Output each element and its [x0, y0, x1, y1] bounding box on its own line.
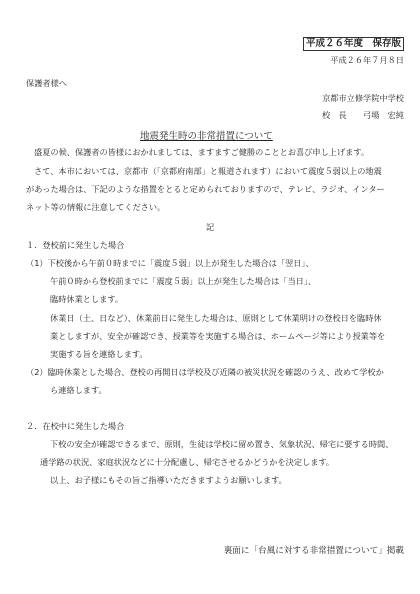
section1-item1-line5: 業としますが、安全が確認でき、授業等を実施する場合は、ホームページ等により授業等… [50, 331, 385, 342]
document-title: 地震発生時の非常措置について [140, 128, 273, 142]
edition-badge: 平成２６年度 保存版 [303, 37, 404, 51]
section1-item1-line3: 臨時休業とします。 [50, 294, 123, 305]
ki-marker: 記 [206, 222, 214, 233]
section1-heading: １．登校前に発生した場合 [26, 240, 124, 251]
section2-line2: 通学路の状況、家庭状況などに十分配慮し、帰宅させるかどうかを決定します。 [40, 457, 334, 468]
section1-item2-line1: （2）臨時休業とした場合、登校の再開日は学校及び近隣の被災状況を確認のうえ、改め… [26, 367, 384, 378]
section1-item1-line1: （1）下校後から午前０時までに「震度５弱」以上が発生した場合は「翌日」、 [26, 258, 314, 269]
school-name: 京都市立修学院中学校 [322, 93, 404, 104]
intro-line-3: があった場合は、下記のような措置をとると定められておりますので、テレビ、ラジオ、… [26, 184, 385, 195]
section2-line3: 以上、お子様にもその旨ご指導いただきますようお願いします。 [50, 475, 287, 486]
section1-item1-line6: 実施する旨を連絡します。 [50, 349, 148, 360]
section2-line1: 下校の安全が確認できるまで、原則，生徒は学校に留め置き、気象状況、帰宅に要する時… [50, 439, 393, 450]
intro-line-4: ネット等の情報に注意してください。 [26, 202, 165, 213]
intro-line-2: さて、本市においては、京都市（「京都府南部」と報道されます）において震度５弱以上… [34, 166, 382, 177]
section1-item1-line4: 休業日（土、日など）、休業前日に発生した場合は、原則として休業明けの登校日を臨時… [50, 313, 382, 324]
intro-line-1: 盛夏の候、保護者の皆様におかれましては、ますますご健勝のこととお喜び申し上げます… [34, 147, 369, 158]
footer-note: 裏面に「台風に対する非常措置について」掲載 [224, 546, 404, 557]
addressee: 保護者様へ [26, 78, 67, 89]
section1-item1-line2: 午前０時から登校前までに「震度５弱」以上が発生した場合は「当日」、 [50, 276, 316, 287]
section1-item2-line2: ら連絡します。 [50, 385, 107, 396]
issue-date: 平成２６年７月８日 [330, 55, 404, 66]
section2-heading: ２．在校中に発生した場合 [26, 421, 124, 432]
principal-name: 校 長 弓場 宏純 [322, 110, 404, 121]
